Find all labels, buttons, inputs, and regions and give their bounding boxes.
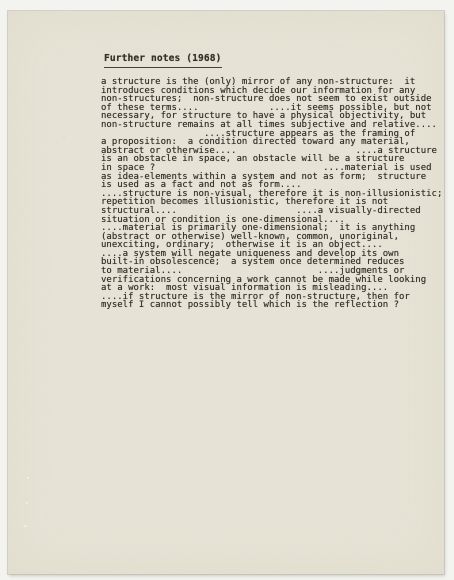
typed-text-block: a structure is the (only) mirror of any … [101,78,446,310]
paper-speck [26,502,28,504]
paper-speck [63,137,65,139]
paper-sheet: Further notes (1968) a structure is the … [8,11,444,574]
page-title: Further notes (1968) [104,53,222,68]
paper-speck [24,525,27,527]
scanned-page: Further notes (1968) a structure is the … [0,0,454,580]
text-line: myself I cannot possibly tell which is t… [101,301,446,310]
paper-speck [27,477,29,479]
